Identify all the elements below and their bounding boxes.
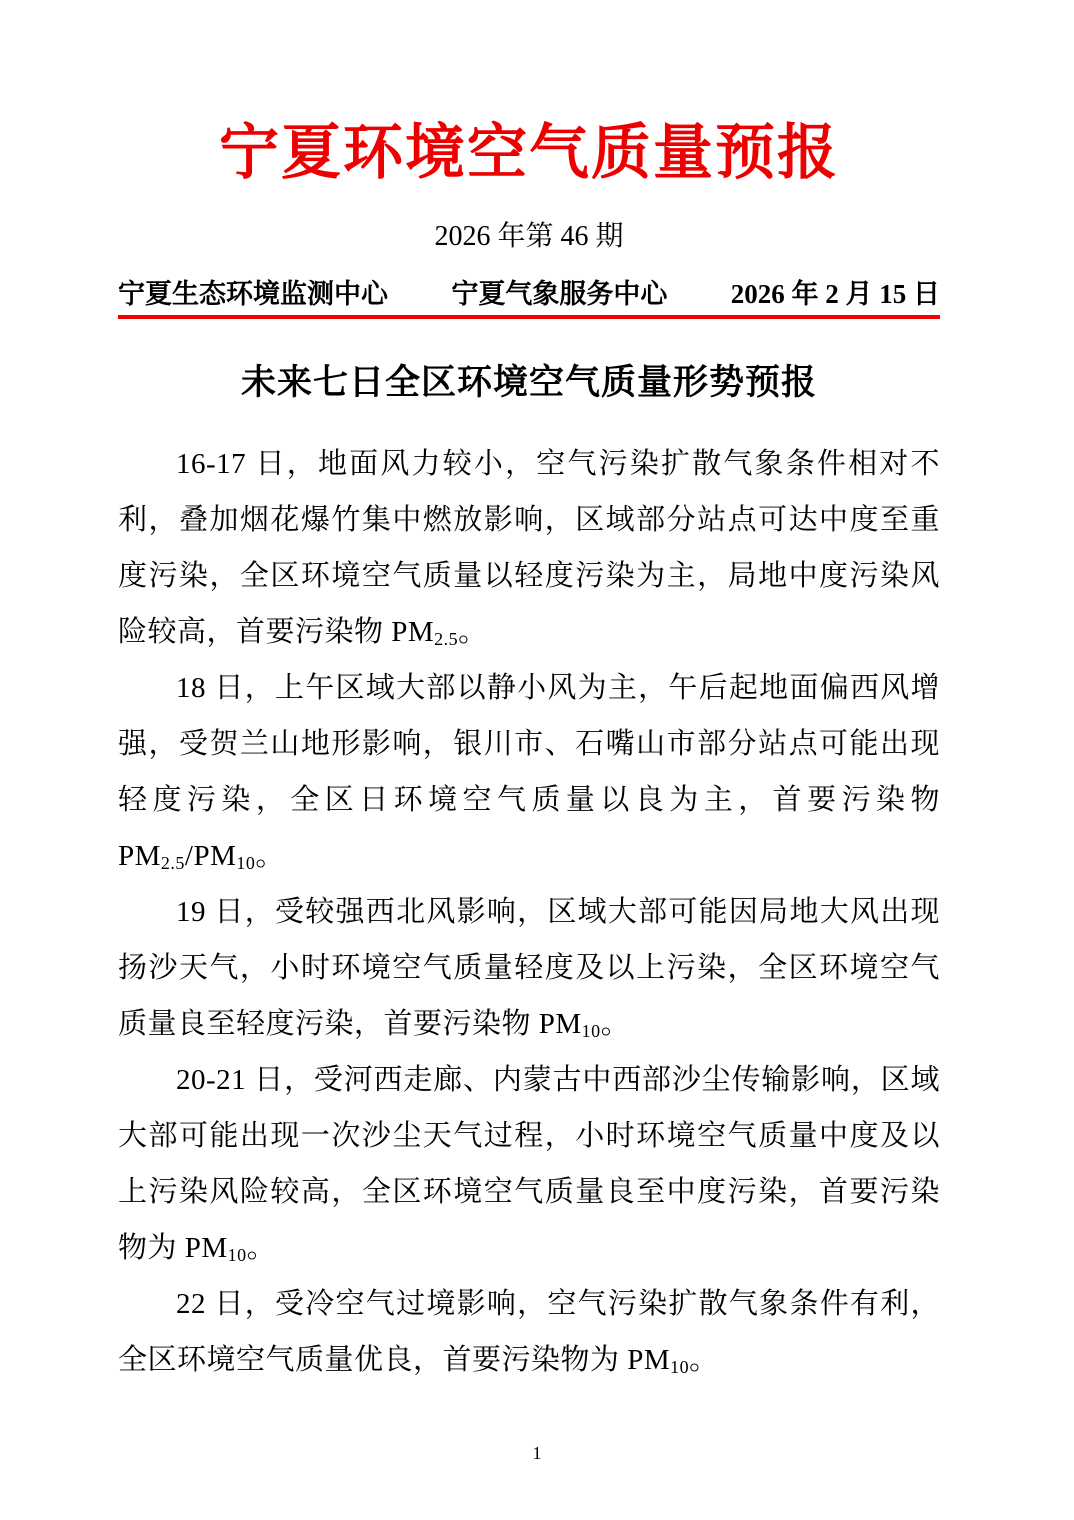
- issue-number: 2026 年第 46 期: [118, 223, 940, 251]
- forecast-body: 16-17 日，地面风力较小，空气污染扩散气象条件相对不利，叠加烟花爆竹集中燃放…: [118, 436, 940, 1388]
- section-heading: 未来七日全区环境空气质量形势预报: [118, 365, 940, 400]
- body-paragraph: 20-21 日，受河西走廊、内蒙古中西部沙尘传输影响，区域大部可能出现一次沙尘天…: [118, 1052, 940, 1276]
- body-paragraph: 22 日，受冷空气过境影响，空气污染扩散气象条件有利，全区环境空气质量优良，首要…: [118, 1276, 940, 1388]
- red-divider-rule: [118, 315, 940, 319]
- document-title: 宁夏环境空气质量预报: [118, 122, 940, 185]
- body-paragraph: 16-17 日，地面风力较小，空气污染扩散气象条件相对不利，叠加烟花爆竹集中燃放…: [118, 436, 940, 660]
- page-number: 1: [0, 1444, 1074, 1462]
- body-paragraph: 19 日，受较强西北风影响，区域大部可能因局地大风出现扬沙天气，小时环境空气质量…: [118, 884, 940, 1052]
- document-page: 宁夏环境空气质量预报 2026 年第 46 期 宁夏生态环境监测中心 宁夏气象服…: [0, 0, 1074, 1520]
- body-paragraph: 18 日，上午区域大部以静小风为主，午后起地面偏西风增强，受贺兰山地形影响，银川…: [118, 660, 940, 884]
- issue-date: 2026 年 2 月 15 日: [731, 281, 940, 308]
- masthead-row: 宁夏生态环境监测中心 宁夏气象服务中心 2026 年 2 月 15 日: [118, 281, 940, 308]
- issuing-org-center: 宁夏气象服务中心: [451, 281, 667, 308]
- issuing-org-left: 宁夏生态环境监测中心: [118, 281, 388, 308]
